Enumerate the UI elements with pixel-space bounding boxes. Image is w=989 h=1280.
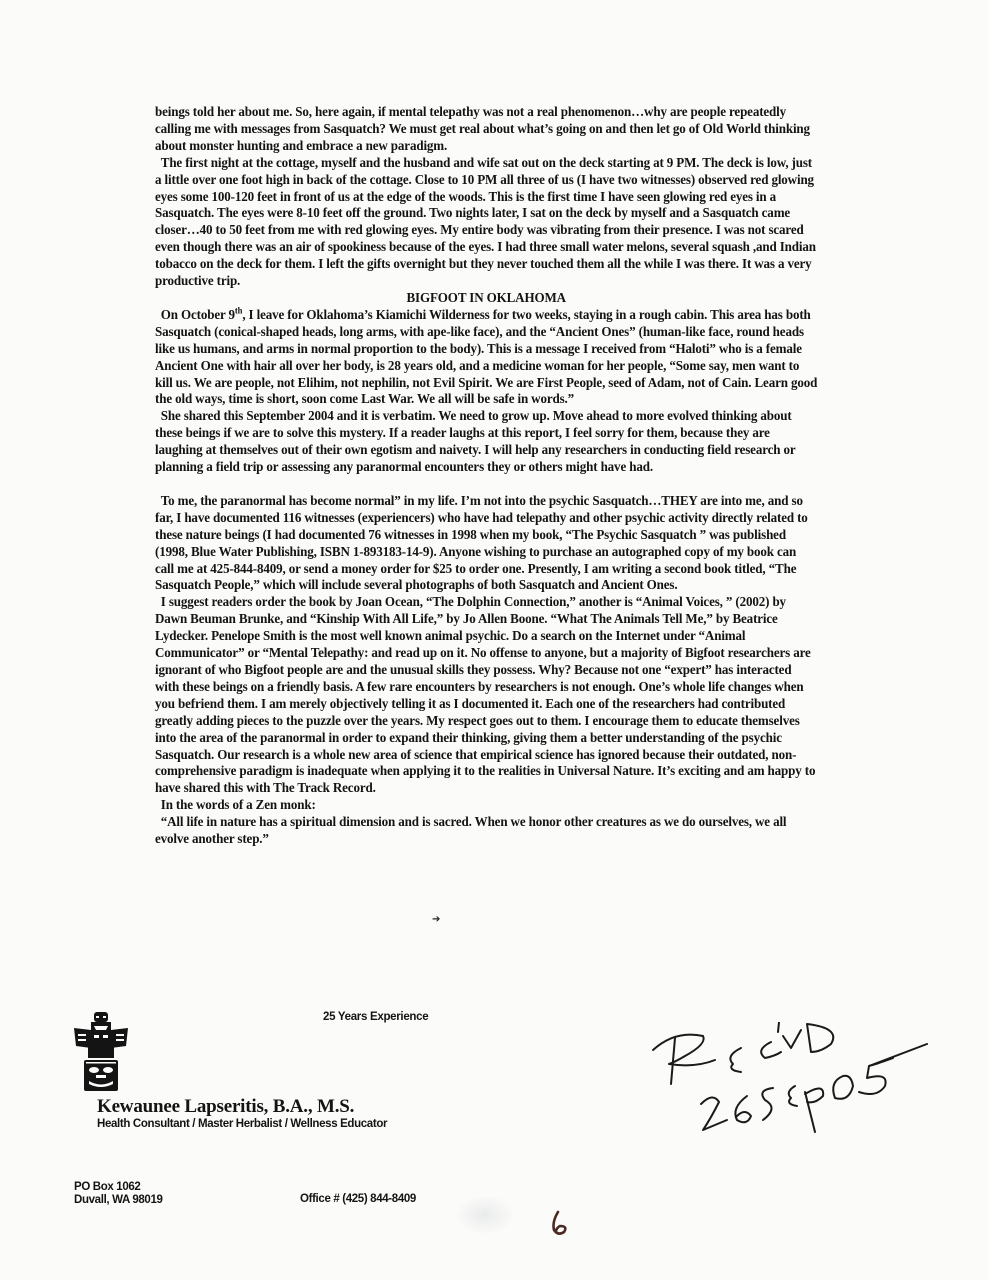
address-line-2: Duvall, WA 98019 (74, 1194, 163, 1207)
page-number-handwritten: 6 (548, 1208, 578, 1238)
zen-quote: “All life in nature has a spiritual dime… (155, 814, 817, 848)
paragraph: She shared this September 2004 and it is… (155, 408, 817, 476)
totem-pole-icon (74, 1012, 128, 1092)
paragraph: In the words of a Zen monk: (155, 797, 817, 814)
paragraph: beings told her about me. So, here again… (155, 104, 817, 155)
received-stamp-handwriting: Rec'vD (645, 1022, 945, 1152)
ordinal-suffix: th (235, 305, 242, 315)
letterhead-experience: 25 Years Experience (323, 1011, 428, 1023)
oklahoma-lead: On October 9 (161, 307, 235, 322)
paragraph-oklahoma: On October 9th, I leave for Oklahoma’s K… (155, 307, 817, 408)
section-heading: BIGFOOT IN OKLAHOMA (155, 290, 817, 307)
address-line-1: PO Box 1062 (74, 1181, 163, 1194)
scan-smudge (455, 1195, 515, 1235)
article-body: beings told her about me. So, here again… (155, 104, 817, 848)
paragraph: To me, the paranormal has become normal”… (155, 493, 817, 594)
stray-mark: ➔ (432, 914, 440, 925)
paragraph: I suggest readers order the book by Joan… (155, 594, 817, 797)
letterhead-address: PO Box 1062 Duvall, WA 98019 (74, 1181, 163, 1207)
letterhead-name: Kewaunee Lapseritis, B.A., M.S. (97, 1096, 354, 1118)
paragraph: The first night at the cottage, myself a… (155, 155, 817, 290)
letterhead-office-phone: Office # (425) 844-8409 (300, 1193, 416, 1205)
oklahoma-rest: , I leave for Oklahoma’s Kiamichi Wilder… (155, 307, 817, 407)
letterhead-title: Health Consultant / Master Herbalist / W… (97, 1118, 387, 1130)
